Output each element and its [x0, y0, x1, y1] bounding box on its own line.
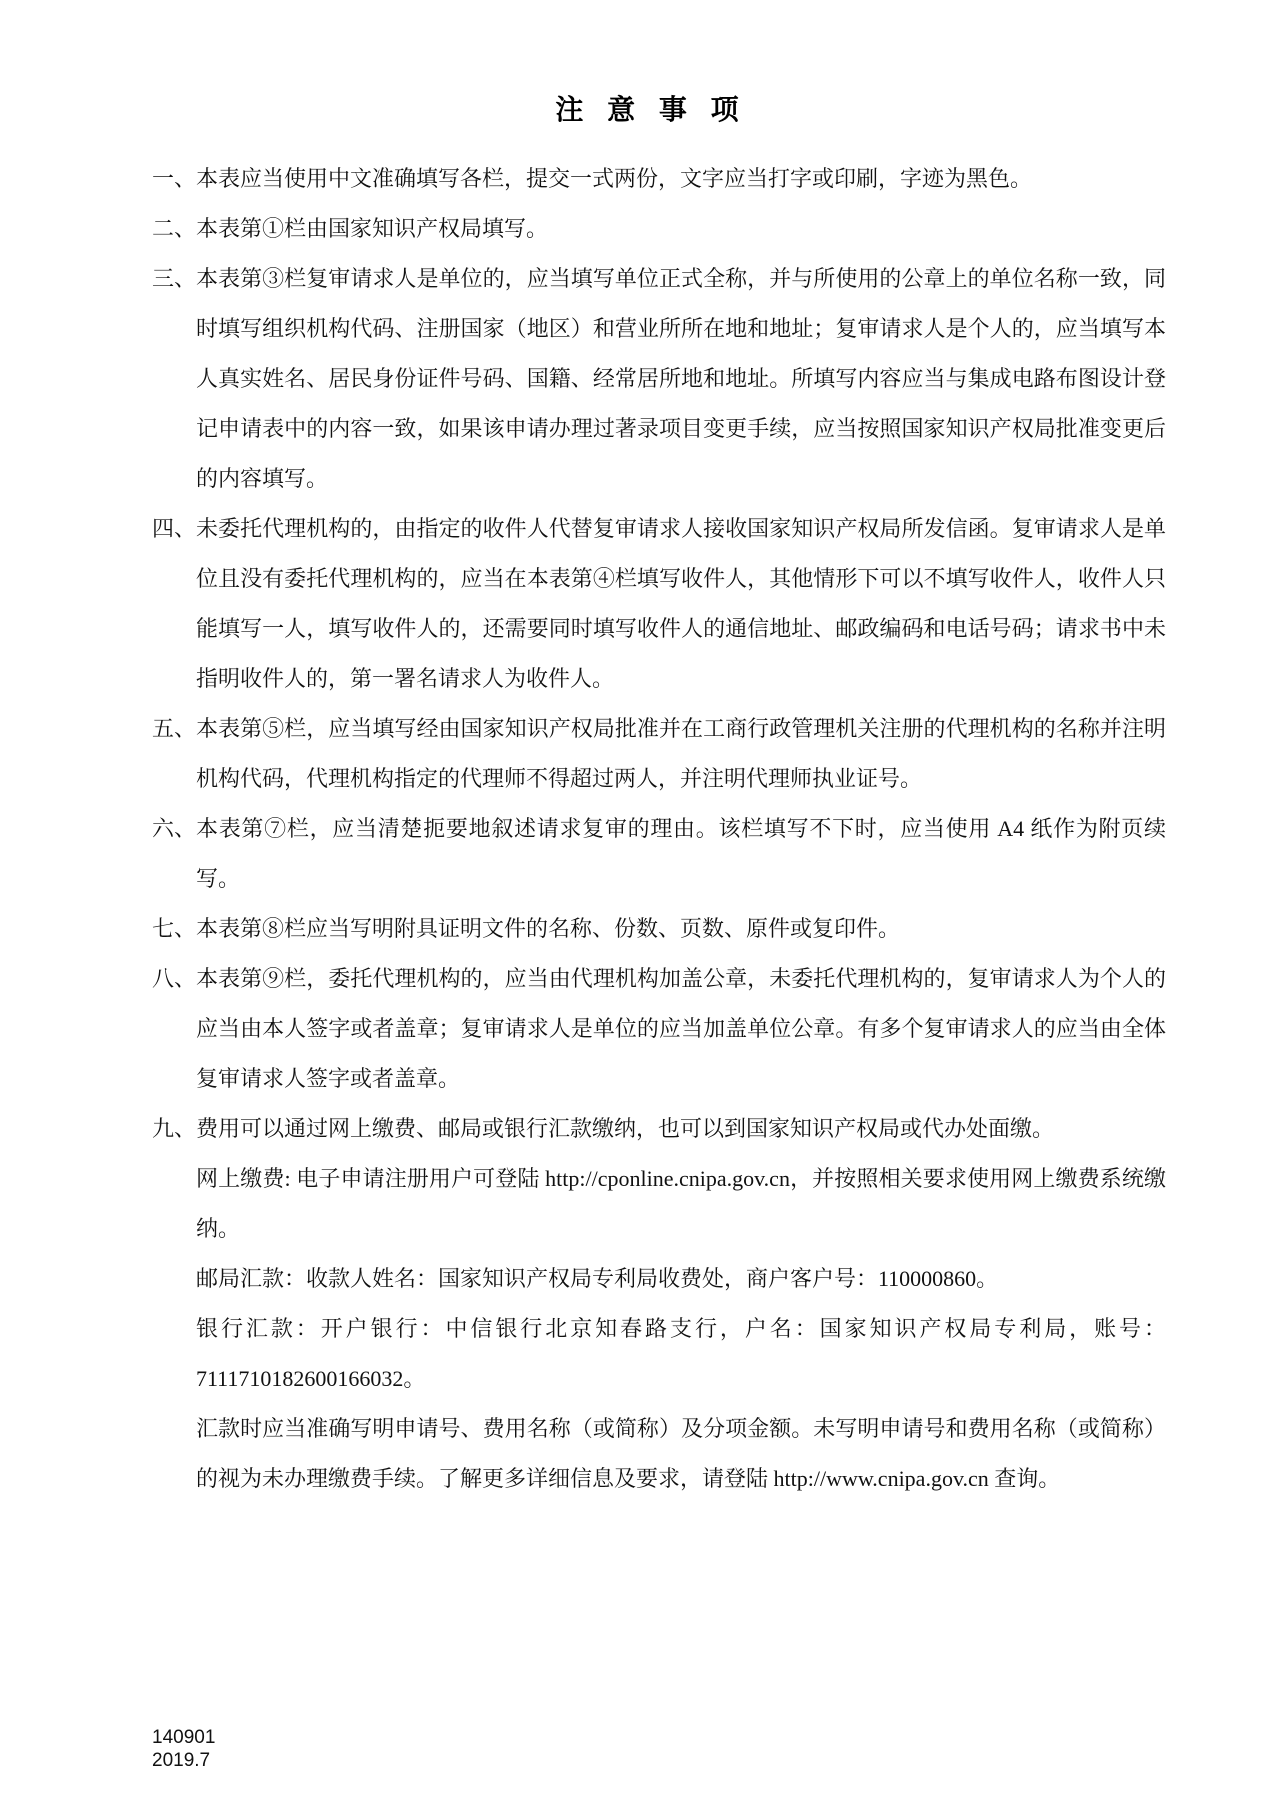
item-content: 本表应当使用中文准确填写各栏，提交一式两份，文字应当打字或印刷，字迹为黑色。 — [196, 154, 1166, 204]
item-number: 一、 — [152, 154, 196, 204]
item-content: 费用可以通过网上缴费、邮局或银行汇款缴纳，也可以到国家知识产权局或代办处面缴。网… — [196, 1104, 1166, 1504]
notice-item: 六、本表第⑦栏，应当清楚扼要地叙述请求复审的理由。该栏填写不下时，应当使用 A4… — [152, 804, 1166, 904]
notice-item: 一、本表应当使用中文准确填写各栏，提交一式两份，文字应当打字或印刷，字迹为黑色。 — [152, 154, 1166, 204]
item-text: 本表第⑤栏，应当填写经由国家知识产权局批准并在工商行政管理机关注册的代理机构的名… — [196, 704, 1166, 804]
item-content: 本表第⑧栏应当写明附具证明文件的名称、份数、页数、原件或复印件。 — [196, 904, 1166, 954]
item-text: 本表应当使用中文准确填写各栏，提交一式两份，文字应当打字或印刷，字迹为黑色。 — [196, 154, 1166, 204]
document-page: 注 意 事 项 一、本表应当使用中文准确填写各栏，提交一式两份，文字应当打字或印… — [0, 0, 1280, 1810]
item-text: 本表第⑦栏，应当清楚扼要地叙述请求复审的理由。该栏填写不下时，应当使用 A4 纸… — [196, 804, 1166, 904]
item-sub-paragraph: 汇款时应当准确写明申请号、费用名称（或简称）及分项金额。未写明申请号和费用名称（… — [196, 1404, 1166, 1504]
item-text: 本表第①栏由国家知识产权局填写。 — [196, 204, 1166, 254]
item-number: 三、 — [152, 254, 196, 304]
item-text: 本表第⑧栏应当写明附具证明文件的名称、份数、页数、原件或复印件。 — [196, 904, 1166, 954]
item-number: 五、 — [152, 704, 196, 754]
item-content: 本表第①栏由国家知识产权局填写。 — [196, 204, 1166, 254]
item-sub-paragraph: 网上缴费: 电子申请注册用户可登陆 http://cponline.cnipa.… — [196, 1154, 1166, 1254]
item-content: 本表第③栏复审请求人是单位的，应当填写单位正式全称，并与所使用的公章上的单位名称… — [196, 254, 1166, 504]
notice-item: 二、本表第①栏由国家知识产权局填写。 — [152, 204, 1166, 254]
form-footer: 140901 2019.7 — [152, 1726, 215, 1772]
notice-list: 一、本表应当使用中文准确填写各栏，提交一式两份，文字应当打字或印刷，字迹为黑色。… — [152, 154, 1166, 1504]
item-text: 费用可以通过网上缴费、邮局或银行汇款缴纳，也可以到国家知识产权局或代办处面缴。 — [196, 1104, 1166, 1154]
item-number: 六、 — [152, 804, 196, 854]
item-content: 本表第⑦栏，应当清楚扼要地叙述请求复审的理由。该栏填写不下时，应当使用 A4 纸… — [196, 804, 1166, 904]
item-content: 未委托代理机构的，由指定的收件人代替复审请求人接收国家知识产权局所发信函。复审请… — [196, 504, 1166, 704]
item-number: 九、 — [152, 1104, 196, 1154]
notice-item: 三、本表第③栏复审请求人是单位的，应当填写单位正式全称，并与所使用的公章上的单位… — [152, 254, 1166, 504]
notice-item: 八、本表第⑨栏，委托代理机构的，应当由代理机构加盖公章，未委托代理机构的，复审请… — [152, 954, 1166, 1104]
notice-item: 九、费用可以通过网上缴费、邮局或银行汇款缴纳，也可以到国家知识产权局或代办处面缴… — [152, 1104, 1166, 1504]
form-code: 140901 — [152, 1726, 215, 1749]
item-text: 本表第③栏复审请求人是单位的，应当填写单位正式全称，并与所使用的公章上的单位名称… — [196, 254, 1166, 504]
item-content: 本表第⑤栏，应当填写经由国家知识产权局批准并在工商行政管理机关注册的代理机构的名… — [196, 704, 1166, 804]
item-sub-paragraph: 银行汇款：开户银行：中信银行北京知春路支行，户名：国家知识产权局专利局，账号：7… — [196, 1304, 1166, 1404]
item-number: 七、 — [152, 904, 196, 954]
item-content: 本表第⑨栏，委托代理机构的，应当由代理机构加盖公章，未委托代理机构的，复审请求人… — [196, 954, 1166, 1104]
item-number: 八、 — [152, 954, 196, 1004]
form-version-date: 2019.7 — [152, 1749, 215, 1772]
item-text: 未委托代理机构的，由指定的收件人代替复审请求人接收国家知识产权局所发信函。复审请… — [196, 504, 1166, 704]
item-number: 二、 — [152, 204, 196, 254]
notice-item: 五、本表第⑤栏，应当填写经由国家知识产权局批准并在工商行政管理机关注册的代理机构… — [152, 704, 1166, 804]
item-text: 本表第⑨栏，委托代理机构的，应当由代理机构加盖公章，未委托代理机构的，复审请求人… — [196, 954, 1166, 1104]
notice-item: 四、未委托代理机构的，由指定的收件人代替复审请求人接收国家知识产权局所发信函。复… — [152, 504, 1166, 704]
item-number: 四、 — [152, 504, 196, 554]
notice-item: 七、本表第⑧栏应当写明附具证明文件的名称、份数、页数、原件或复印件。 — [152, 904, 1166, 954]
item-sub-paragraph: 邮局汇款：收款人姓名：国家知识产权局专利局收费处，商户客户号：110000860… — [196, 1254, 1166, 1304]
page-title: 注 意 事 项 — [152, 88, 1150, 128]
